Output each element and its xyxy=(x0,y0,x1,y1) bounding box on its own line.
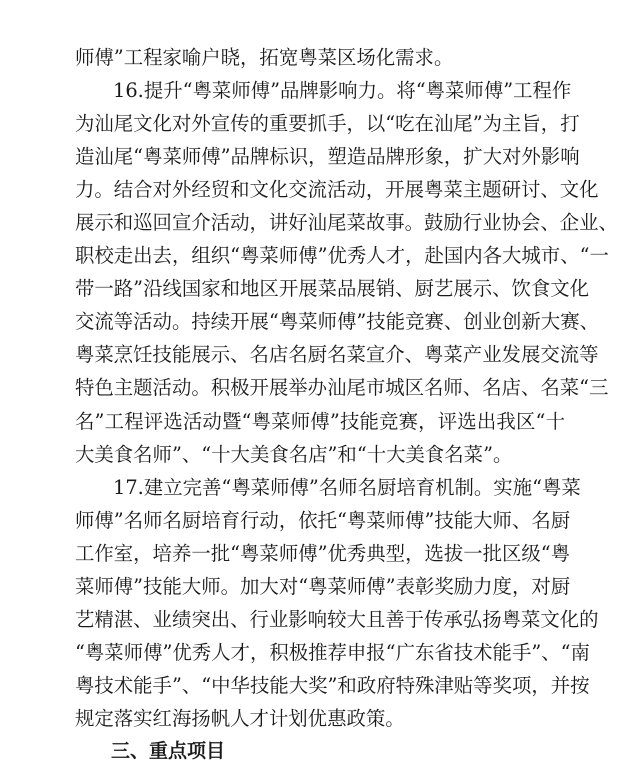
paragraph-line: 粤菜烹饪技能展示、名店名厨名菜宣介、粤菜产业发展交流等 xyxy=(75,338,565,371)
paragraph-line: “粤菜师傅”优秀人才，积极推荐申报“广东省技术能手”、“南 xyxy=(75,636,565,669)
paragraph-line: 艺精湛、业绩突出、行业影响较大且善于传承弘扬粤菜文化的 xyxy=(75,603,565,636)
document-body: 师傅”工程家喻户晓，拓宽粤菜区场化需求。 16.提升“粤菜师傅”品牌影响力。将“… xyxy=(75,41,565,768)
paragraph-line: 大美食名师”、“十大美食名店”和“十大美食名菜”。 xyxy=(75,438,565,471)
paragraph-line: 为汕尾文化对外宣传的重要抓手，以“吃在汕尾”为主旨，打 xyxy=(75,107,565,140)
paragraph-line: 造汕尾“粤菜师傅”品牌标识，塑造品牌形象，扩大对外影响 xyxy=(75,140,565,173)
paragraph-line: 力。结合对外经贸和文化交流活动，开展粤菜主题研讨、文化 xyxy=(75,173,565,206)
paragraph-line: 师傅”工程家喻户晓，拓宽粤菜区场化需求。 xyxy=(75,41,565,74)
paragraph-line: 特色主题活动。积极开展举办汕尾市城区名师、名店、名菜“三 xyxy=(75,371,565,404)
section-heading: 三、重点项目 xyxy=(75,735,565,768)
paragraph-line: 规定落实红海扬帆人才计划优惠政策。 xyxy=(75,702,565,735)
item-17-title-line: 17.建立完善“粤菜师傅”名师名厨培育机制。实施“粤菜 xyxy=(75,471,565,504)
paragraph-line: 职校走出去，组织“粤菜师傅”优秀人才，赴国内各大城市、“一 xyxy=(75,239,565,272)
paragraph-line: 名”工程评选活动暨“粤菜师傅”技能竞赛，评选出我区“十 xyxy=(75,405,565,438)
paragraph-line: 交流等活动。持续开展“粤菜师傅”技能竞赛、创业创新大赛、 xyxy=(75,305,565,338)
paragraph-line: 带一路”沿线国家和地区开展菜品展销、厨艺展示、饮食文化 xyxy=(75,272,565,305)
paragraph-line: 工作室，培养一批“粤菜师傅”优秀典型，选拔一批区级“粤 xyxy=(75,537,565,570)
paragraph-line: 粤技术能手”、“中华技能大奖”和政府特殊津贴等奖项，并按 xyxy=(75,669,565,702)
document-page: 师傅”工程家喻户晓，拓宽粤菜区场化需求。 16.提升“粤菜师傅”品牌影响力。将“… xyxy=(0,0,641,768)
paragraph-line: 菜师傅”技能大师。加大对“粤菜师傅”表彰奖励力度，对厨 xyxy=(75,570,565,603)
item-16-title-line: 16.提升“粤菜师傅”品牌影响力。将“粤菜师傅”工程作 xyxy=(75,74,565,107)
paragraph-line: 展示和巡回宣介活动，讲好汕尾菜故事。鼓励行业协会、企业、 xyxy=(75,206,565,239)
paragraph-line: 师傅”名师名厨培育行动，依托“粤菜师傅”技能大师、名厨 xyxy=(75,504,565,537)
